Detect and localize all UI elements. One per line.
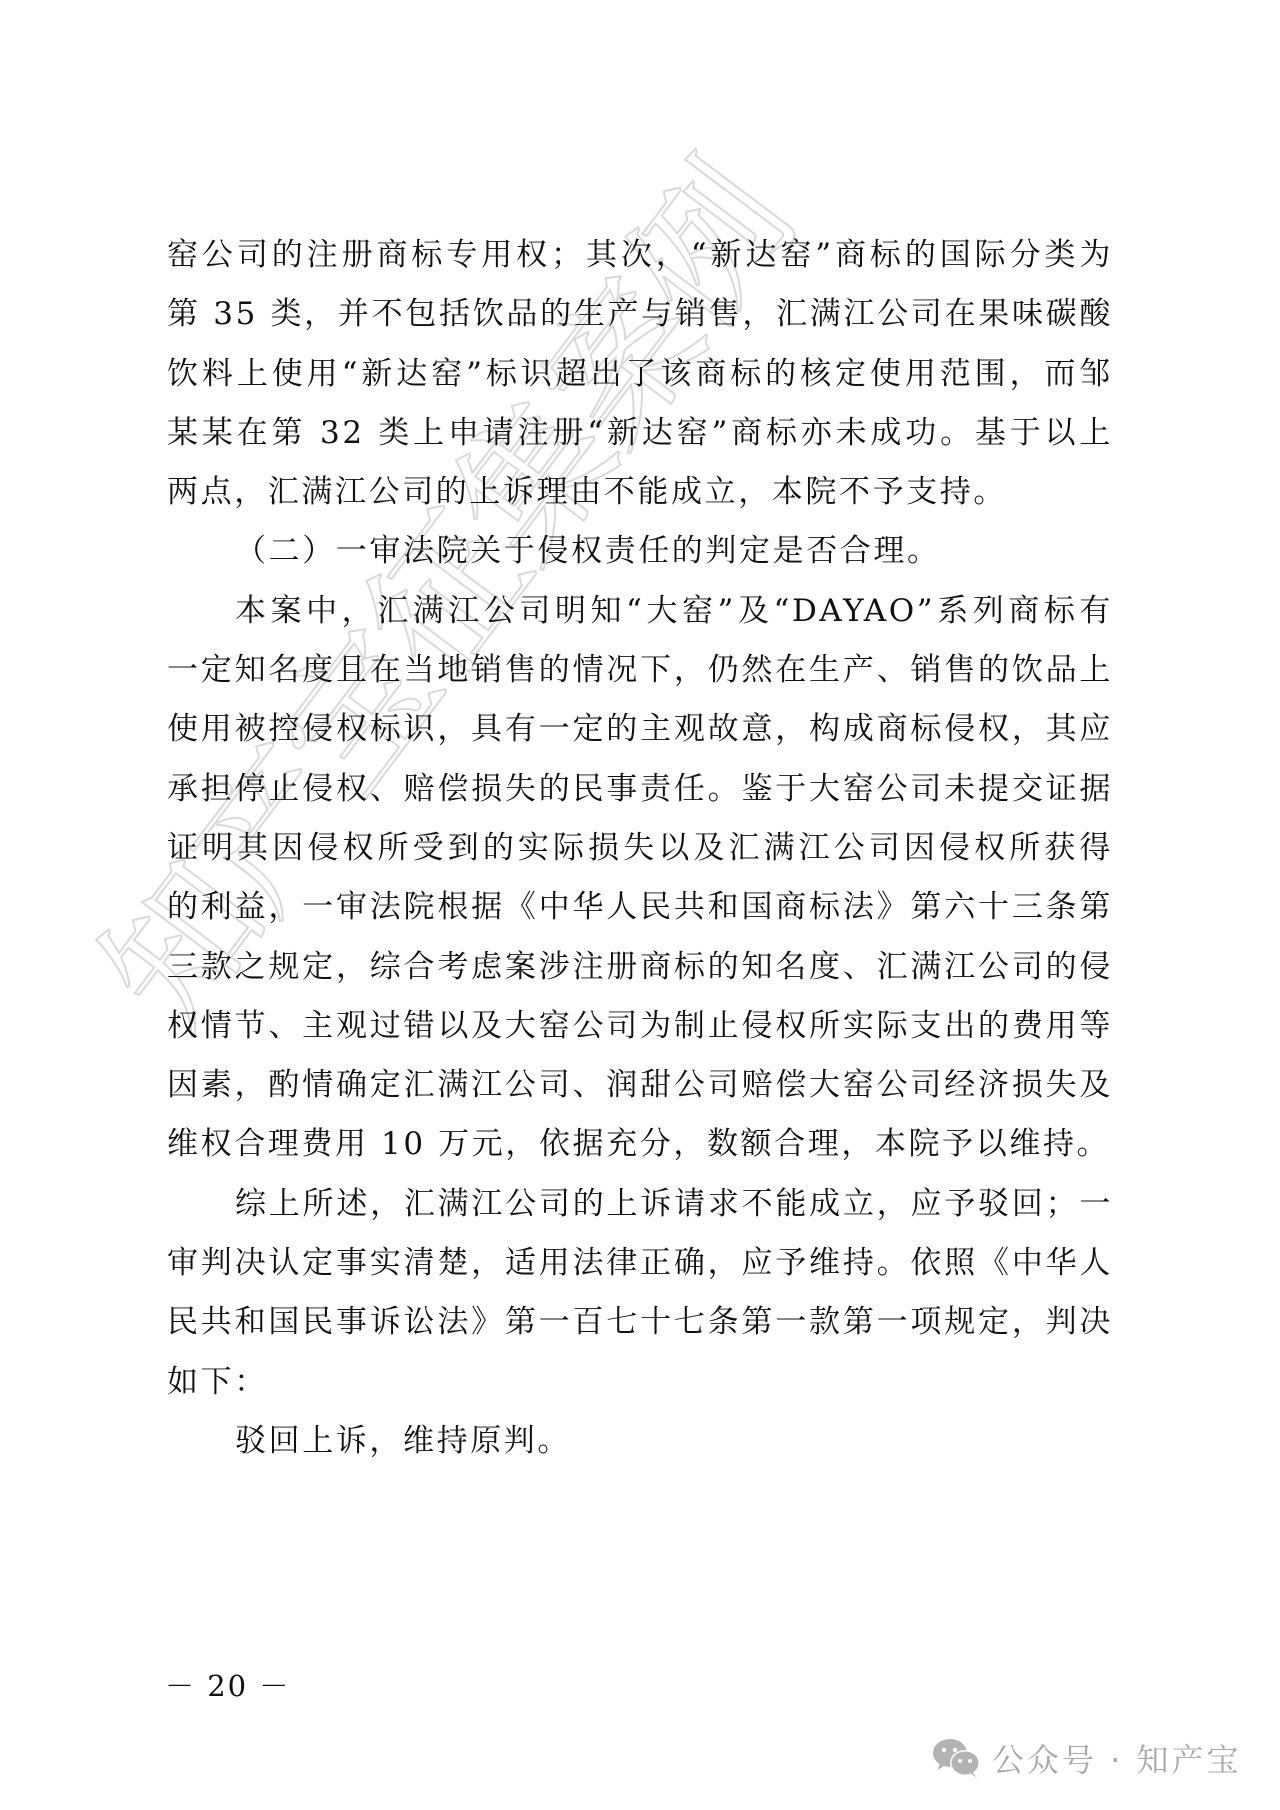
page-number: － 20 － <box>165 1664 290 1705</box>
text-line: 承担停止侵权、赔偿损失的民事责任。鉴于大窑公司未提交证据 <box>167 760 1113 819</box>
text-line: 三款之规定，综合考虑案涉注册商标的知名度、汇满江公司的侵 <box>167 938 1113 997</box>
text-line: 饮料上使用“新达窑”标识超出了该商标的核定使用范围，而邹 <box>167 345 1113 404</box>
text-line: 某某在第 32 类上申请注册“新达窑”商标亦未成功。基于以上 <box>167 404 1113 463</box>
text-line: 第 35 类，并不包括饮品的生产与销售，汇满江公司在果味碳酸 <box>167 285 1113 344</box>
text-line: 审判决认定事实清楚，适用法律正确，应予维持。依照《中华人 <box>167 1234 1113 1293</box>
text-line: 维权合理费用 10 万元，依据充分，数额合理，本院予以维持。 <box>167 1115 1113 1174</box>
text-line: 综上所述，汇满江公司的上诉请求不能成立，应予驳回；一 <box>167 1175 1113 1234</box>
wechat-icon <box>932 1737 982 1779</box>
text-line: 两点，汇满江公司的上诉理由不能成立，本院不予支持。 <box>167 463 1113 522</box>
text-line: 本案中，汇满江公司明知“大窑”及“DAYAO”系列商标有 <box>167 582 1113 641</box>
source-label: 公众号 · 知产宝 <box>992 1735 1242 1781</box>
text-line: 的利益，一审法院根据《中华人民共和国商标法》第六十三条第 <box>167 878 1113 937</box>
text-line: 使用被控侵权标识，具有一定的主观故意，构成商标侵权，其应 <box>167 700 1113 759</box>
text-line: 因素，酌情确定汇满江公司、润甜公司赔偿大窑公司经济损失及 <box>167 1056 1113 1115</box>
source-badge[interactable]: 公众号 · 知产宝 <box>932 1736 1242 1780</box>
text-line: 民共和国民事诉讼法》第一百七十七条第一款第一项规定，判决 <box>167 1293 1113 1352</box>
text-line: 权情节、主观过错以及大窑公司为制止侵权所实际支出的费用等 <box>167 997 1113 1056</box>
text-line: 如下： <box>167 1353 1113 1412</box>
document-page: 知产宝征集案例 窑公司的注册商标专用权；其次，“新达窑”商标的国际分类为 第 3… <box>0 0 1280 1810</box>
text-line: 一定知名度且在当地销售的情况下，仍然在生产、销售的饮品上 <box>167 641 1113 700</box>
text-line: 窑公司的注册商标专用权；其次，“新达窑”商标的国际分类为 <box>167 226 1113 285</box>
document-body: 窑公司的注册商标专用权；其次，“新达窑”商标的国际分类为 第 35 类，并不包括… <box>167 226 1113 1471</box>
judgment-text: 驳回上诉，维持原判。 <box>167 1412 1113 1471</box>
text-line: 证明其因侵权所受到的实际损失以及汇满江公司因侵权所获得 <box>167 819 1113 878</box>
section-heading: （二）一审法院关于侵权责任的判定是否合理。 <box>167 522 1113 581</box>
